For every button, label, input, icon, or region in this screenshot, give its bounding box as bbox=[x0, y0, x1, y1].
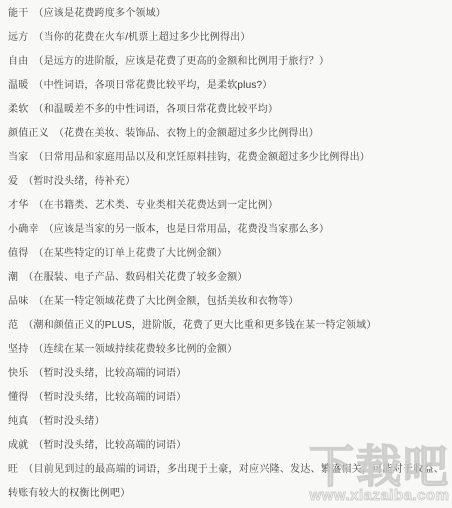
term-note: （暂时没头绪，比较高端的词语） bbox=[33, 440, 186, 451]
term-label: 快乐 bbox=[8, 368, 28, 379]
term-row: 旺（目前见到过的最高端的词语，多出现于土豪，对应兴隆、发达、繁盛相关，可能对于收… bbox=[8, 458, 444, 506]
term-list: 能干（应该是花费跨度多个领域） 远方（当你的花费在火车/机票上超过多少比例得出）… bbox=[0, 0, 452, 506]
term-note: （连续在某一领域持续花费较多比例的金额） bbox=[33, 344, 237, 355]
term-note: （应该是当家的另一版本，也是日常用品，花费没当家那么多） bbox=[44, 224, 330, 235]
term-row: 才华（在书籍类、艺术类、专业类相关花费达到一定比例） bbox=[8, 194, 444, 218]
term-note: （是远方的进阶版，应该是花费了更高的金额和比例用于旅行？） bbox=[33, 56, 329, 67]
term-label: 远方 bbox=[8, 32, 28, 43]
term-row: 柔软（和温暖差不多的中性词语，各项日常花费比较平均） bbox=[8, 98, 444, 122]
term-label: 范 bbox=[8, 320, 18, 331]
term-label: 当家 bbox=[8, 152, 28, 163]
term-note: （在书籍类、艺术类、专业类相关花费达到一定比例） bbox=[33, 200, 278, 211]
term-note: （和温暖差不多的中性词语，各项日常花费比较平均） bbox=[33, 104, 278, 115]
term-note: （暂时没头绪，比较高端的词语） bbox=[33, 392, 186, 403]
term-label: 温暖 bbox=[8, 80, 28, 91]
term-label: 自由 bbox=[8, 56, 28, 67]
term-row: 颜值正义（花费在美妆、装饰品、衣物上的金额超过多少比例得出） bbox=[8, 122, 444, 146]
term-label: 坚持 bbox=[8, 344, 28, 355]
term-row: 坚持（连续在某一领域持续花费较多比例的金额） bbox=[8, 338, 444, 362]
term-label: 值得 bbox=[8, 248, 28, 259]
term-row: 自由（是远方的进阶版，应该是花费了更高的金额和比例用于旅行？） bbox=[8, 50, 444, 74]
term-row: 温暖（中性词语，各项日常花费比较平均，是柔软plus?） bbox=[8, 74, 444, 98]
term-note: （目前见到过的最高端的词语，多出现于土豪，对应兴隆、发达、繁盛相关，可能对于收益… bbox=[8, 464, 444, 499]
term-note: （应该是花费跨度多个领域） bbox=[33, 8, 166, 19]
term-label: 品味 bbox=[8, 296, 28, 307]
term-note: （在服装、电子产品、数码相关花费了较多金额） bbox=[23, 272, 247, 283]
term-row: 快乐（暂时没头绪，比较高端的词语） bbox=[8, 362, 444, 386]
term-label: 成就 bbox=[8, 440, 28, 451]
term-label: 爱 bbox=[8, 176, 18, 187]
term-row: 懂得（暂时没头绪，比较高端的词语） bbox=[8, 386, 444, 410]
term-label: 能干 bbox=[8, 8, 28, 19]
term-row: 范（潮和颜值正义的PLUS，进阶版，花费了更大比重和更多钱在某一特定领域） bbox=[8, 314, 444, 338]
term-label: 颜值正义 bbox=[8, 128, 49, 139]
term-note: （暂时没头绪） bbox=[33, 416, 104, 427]
term-row: 小确幸（应该是当家的另一版本，也是日常用品，花费没当家那么多） bbox=[8, 218, 444, 242]
term-row: 当家（日常用品和家庭用品以及和烹饪原料挂钩，花费金额超过多少比例得出） bbox=[8, 146, 444, 170]
term-note: （暂时没头绪，比较高端的词语） bbox=[33, 368, 186, 379]
term-label: 潮 bbox=[8, 272, 18, 283]
term-row: 潮（在服装、电子产品、数码相关花费了较多金额） bbox=[8, 266, 444, 290]
term-note: （中性词语，各项日常花费比较平均，是柔软plus?） bbox=[33, 80, 272, 91]
term-row: 爱（暂时没头绪，待补充） bbox=[8, 170, 444, 194]
term-note: （日常用品和家庭用品以及和烹饪原料挂钩，花费金额超过多少比例得出） bbox=[33, 152, 370, 163]
term-row: 值得（在某些特定的订单上花费了大比例金额） bbox=[8, 242, 444, 266]
term-label: 旺 bbox=[8, 464, 18, 475]
term-note: （在某一特定领域花费了大比例金额，包括美妆和衣物等） bbox=[33, 296, 298, 307]
term-label: 才华 bbox=[8, 200, 28, 211]
term-row: 品味（在某一特定领域花费了大比例金额，包括美妆和衣物等） bbox=[8, 290, 444, 314]
term-row: 成就（暂时没头绪，比较高端的词语） bbox=[8, 434, 444, 458]
term-note: （在某些特定的订单上花费了大比例金额） bbox=[33, 248, 227, 259]
term-label: 纯真 bbox=[8, 416, 28, 427]
term-note: （暂时没头绪，待补充） bbox=[23, 176, 135, 187]
term-label: 柔软 bbox=[8, 104, 28, 115]
term-label: 小确幸 bbox=[8, 224, 39, 235]
term-note: （花费在美妆、装饰品、衣物上的金额超过多少比例得出） bbox=[54, 128, 319, 139]
term-row: 能干（应该是花费跨度多个领域） bbox=[8, 2, 444, 26]
term-note: （潮和颜值正义的PLUS，进阶版，花费了更大比重和更多钱在某一特定领域） bbox=[23, 320, 376, 331]
term-row: 纯真（暂时没头绪） bbox=[8, 410, 444, 434]
term-label: 懂得 bbox=[8, 392, 28, 403]
term-row: 远方（当你的花费在火车/机票上超过多少比例得出） bbox=[8, 26, 444, 50]
term-note: （当你的花费在火车/机票上超过多少比例得出） bbox=[33, 32, 250, 43]
